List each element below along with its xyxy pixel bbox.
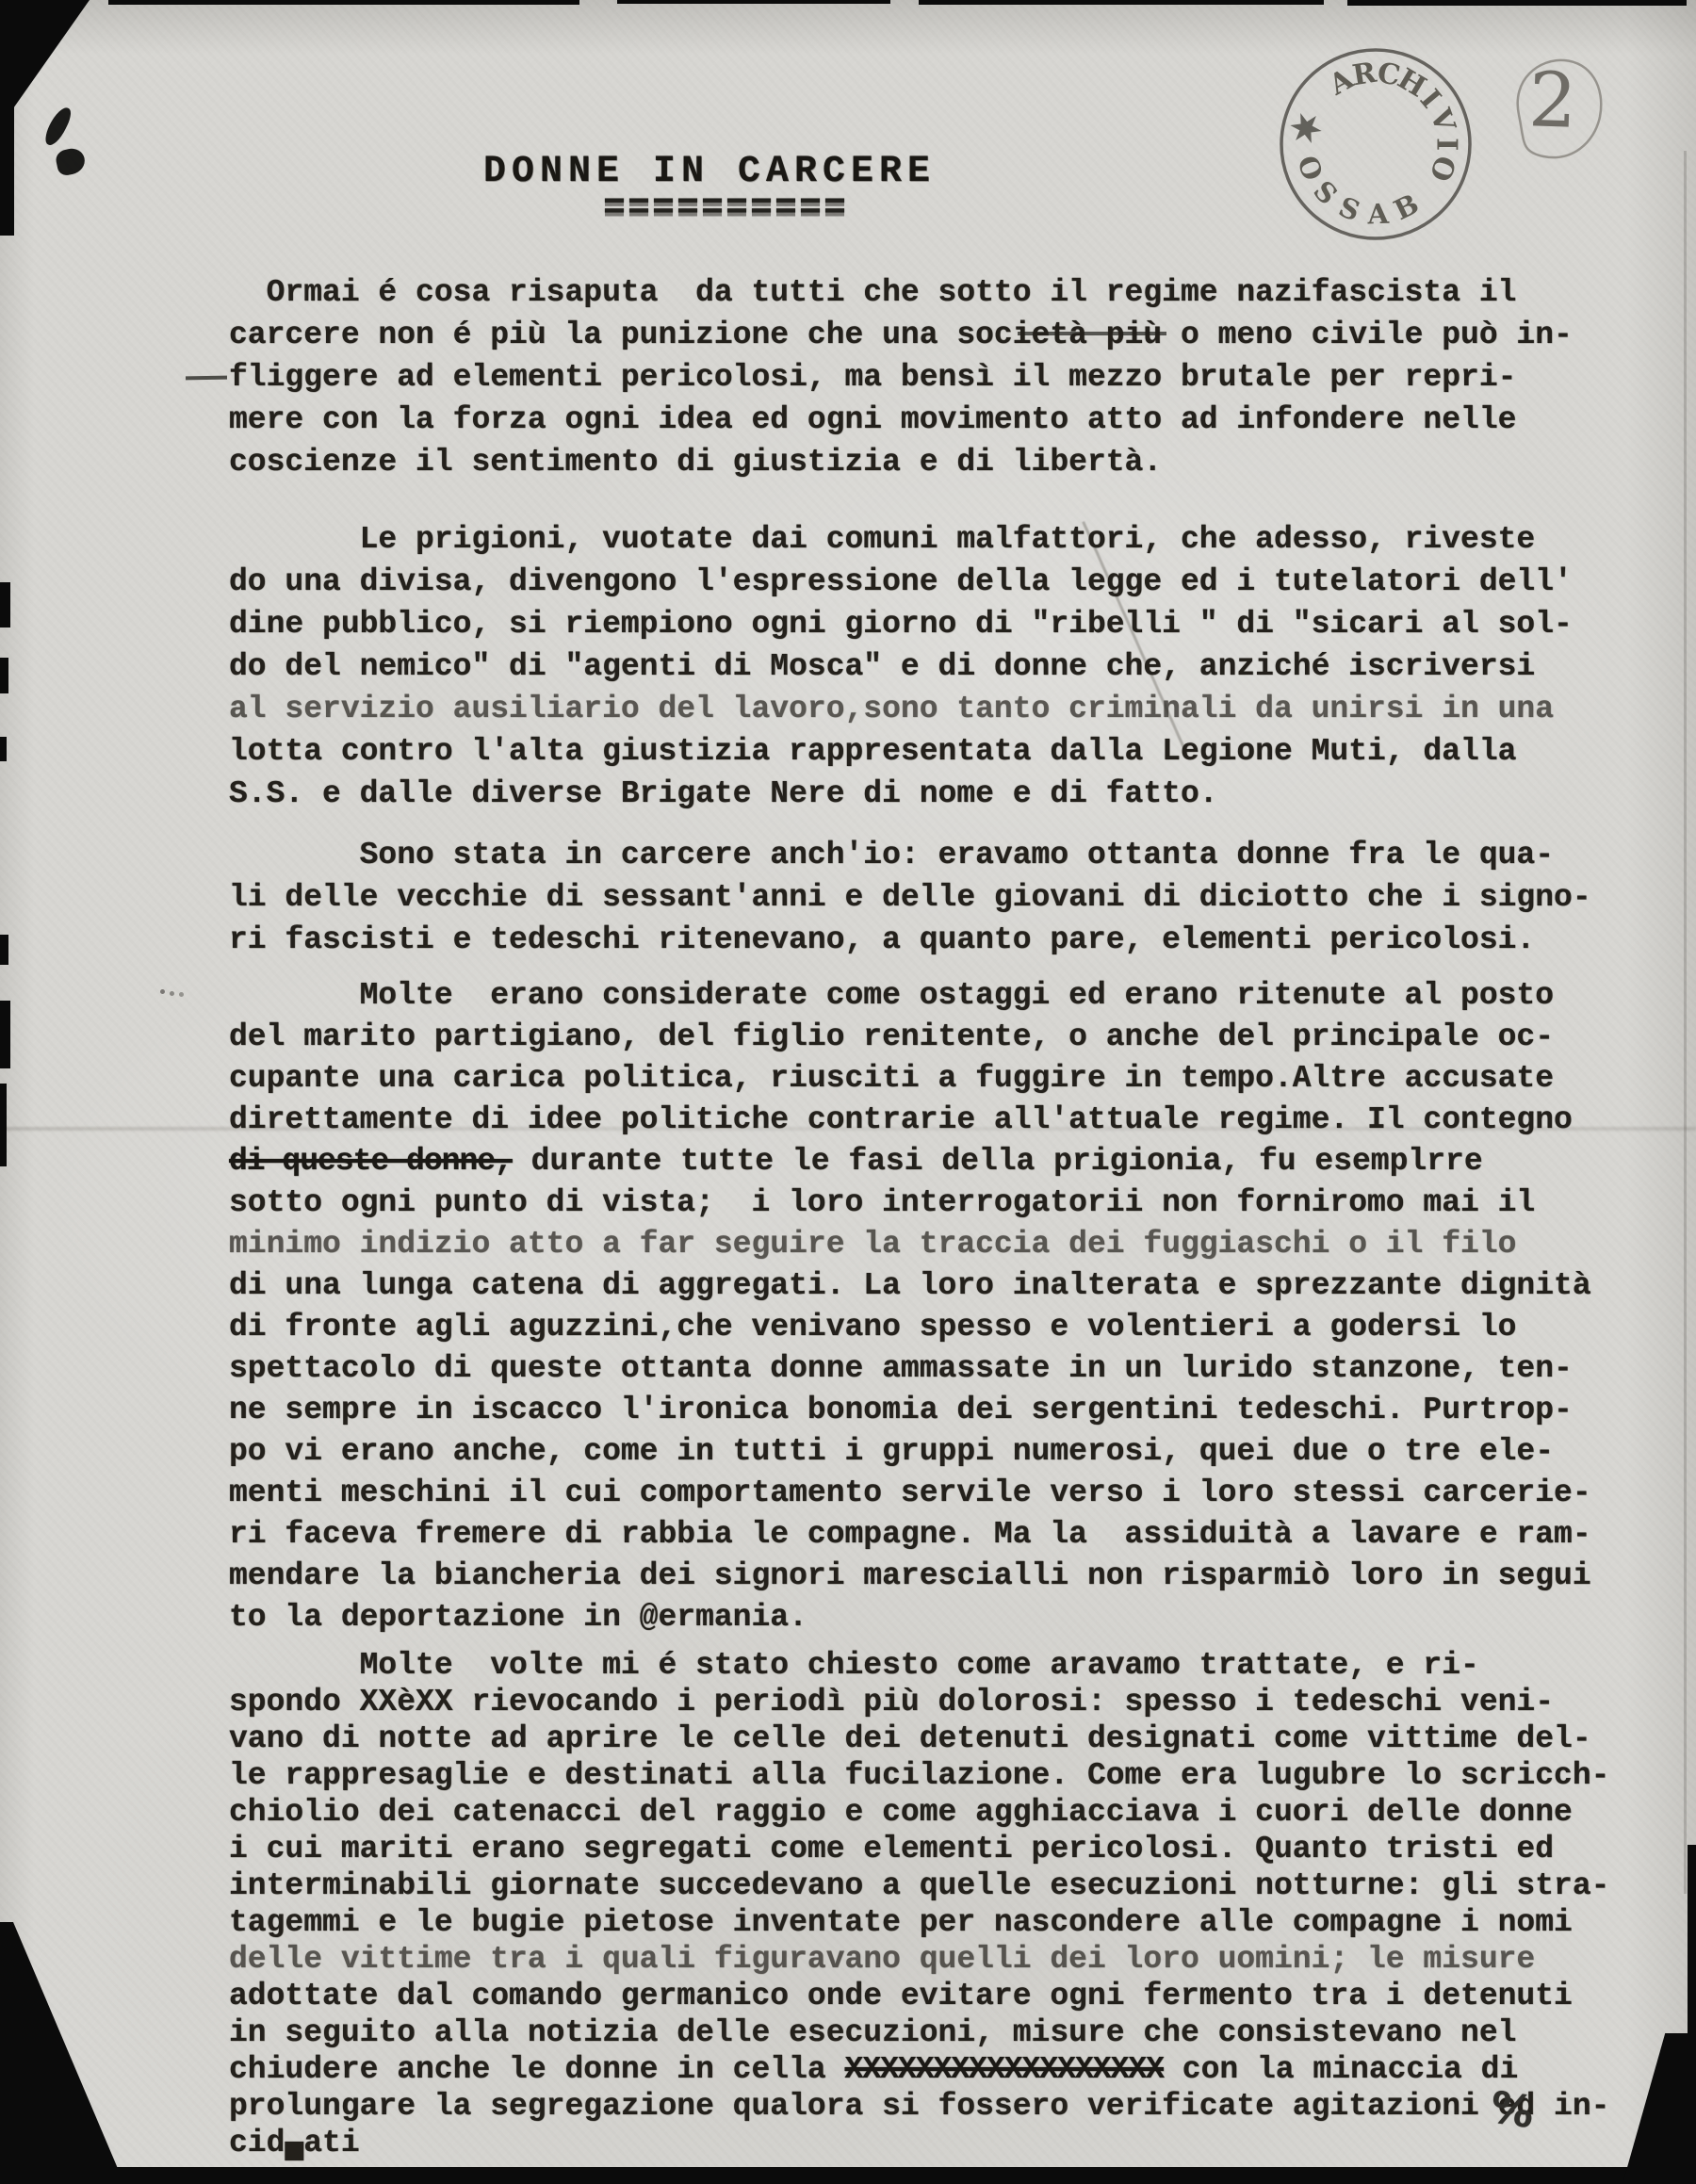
text-line: delle vittime tra i quali figuravano que… [229,1941,1609,1978]
scan-edge-artifact [0,737,7,761]
scan-edge-artifact [0,582,10,627]
scan-edge-artifact [108,0,579,5]
text-line: cid▄ati [229,2125,1609,2161]
text-line: mendare la biancheria dei signori maresc… [229,1556,1591,1597]
scanned-document-page: ARCHIVIOBASSO 2 DONNE IN CARCERE =======… [0,0,1696,2184]
handwritten-page-number: 2 [1487,47,1619,171]
scan-edge-artifact [919,0,1324,5]
text-line: interminabili giornate succedevano a que… [229,1867,1609,1904]
stamp-letter: A [1366,198,1390,231]
ink-blot-stroke [41,105,74,149]
text-line: le rappresaglie e destinati alla fucilaz… [229,1757,1609,1794]
struck-text: XXXXXXXXXXXXXXXXXX [845,2052,1164,2087]
scan-edge-artifact [0,2167,1696,2184]
text-line: spettacolo di queste ottanta donne ammas… [229,1348,1591,1390]
stamp-letter: S [1334,190,1364,227]
stray-dots-mark [160,989,165,994]
text-line: li delle vecchie di sessant'anni e delle… [229,876,1591,919]
paper-right-edge [1684,151,1687,1894]
text-line: dine pubblico, si riempiono ogni giorno … [229,603,1573,645]
text-line: al servizio ausiliario del lavoro,sono t… [229,688,1573,730]
paragraph-4: Molte erano considerate come ostaggi ed … [229,975,1591,1638]
paragraph-3: Sono stata in carcere anch'io: eravamo o… [229,834,1591,961]
scan-edge-artifact [0,1084,7,1166]
text-line: ri faceva fremere di rabbia le compagne.… [229,1514,1591,1556]
stamp-letter: B [1389,187,1424,226]
stamp-letter: O [1423,151,1462,186]
text-line: chiudere anche le donne in cella XXXXXXX… [229,2051,1609,2088]
scan-edge-artifact [0,935,8,965]
scan-edge-artifact [0,658,8,693]
text-line: S.S. e dalle diverse Brigate Nere di nom… [229,773,1573,815]
handwritten-percent-mark: % [1487,2081,1538,2139]
text-line: di queste donne, durante tutte le fasi d… [229,1141,1591,1182]
text-line: di fronte agli aguzzini,che venivano spe… [229,1307,1591,1348]
text-line: in seguito alla notizia delle esecuzioni… [229,2014,1609,2051]
text-line: ne sempre in iscacco l'ironica bonomia d… [229,1390,1591,1431]
text-segment: chiudere anche le donne in cella [229,2052,845,2087]
text-line: vano di notte ad aprire le celle dei det… [229,1720,1609,1757]
scan-edge-artifact [1347,0,1687,6]
scan-edge-artifact [0,1001,10,1068]
scan-edge-artifact [1623,2033,1696,2184]
text-line: coscienze il sentimento di giustizia e d… [229,441,1573,483]
text-line: do una divisa, divengono l'espressione d… [229,561,1573,603]
text-line: Le prigioni, vuotate dai comuni malfatto… [229,518,1573,561]
text-line: adottate dal comando germanico onde evit… [229,1978,1609,2014]
text-line: do del nemico" di "agenti di Mosca" e di… [229,645,1573,688]
paragraph-2: Le prigioni, vuotate dai comuni malfatto… [229,518,1573,815]
ink-blot-mark [41,106,92,188]
text-line: to la deportazione in @ermania. [229,1597,1591,1638]
text-line: Molte volte mi é stato chiesto come arav… [229,1647,1609,1684]
scan-edge-artifact [0,0,14,236]
text-line: carcere non é più la punizione che una s… [229,314,1573,356]
text-line: menti meschini il cui comportamento serv… [229,1473,1591,1514]
star-icon [1290,113,1321,143]
scan-edge-artifact [0,1922,124,2184]
paragraph-1: Ormai é cosa risaputa da tutti che sotto… [229,271,1573,483]
text-line: prolungare la segregazione qualora si fo… [229,2088,1609,2125]
text-line: Sono stata in carcere anch'io: eravamo o… [229,834,1591,876]
text-line: fliggere ad elementi pericolosi, ma bens… [229,356,1573,399]
scan-edge-artifact [617,0,890,4]
title-underline: ========== [603,187,848,230]
stamp-letter: S [1307,174,1344,211]
stray-underline-mark [186,376,227,381]
page-number-value: 2 [1485,55,1620,147]
scan-edge-artifact [1688,1845,1696,2043]
text-line: chiolio dei catenacci del raggio e come … [229,1794,1609,1831]
text-line: sotto ogni punto di vista; i loro interr… [229,1182,1591,1224]
text-line: cupante una carica politica, riusciti a … [229,1058,1591,1100]
text-line: minimo indizio atto a far seguire la tra… [229,1224,1591,1265]
text-line: tagemmi e le bugie pietose inventate per… [229,1904,1609,1941]
text-line: mere con la forza ogni idea ed ogni movi… [229,399,1573,441]
ink-blot-stroke [55,146,88,177]
text-line: ri fascisti e tedeschi ritenevano, a qua… [229,919,1591,961]
archive-stamp: ARCHIVIOBASSO [1253,22,1508,276]
text-line: Ormai é cosa risaputa da tutti che sotto… [229,271,1573,314]
text-segment: con la minaccia di [1164,2052,1518,2087]
text-line: spondo XXèXX rievocando i periodì più do… [229,1684,1609,1720]
text-line: direttamente di idee politiche contrarie… [229,1100,1591,1141]
text-line: lotta contro l'alta giustizia rappresent… [229,730,1573,773]
text-segment: durante tutte le fasi della prigionia, f… [513,1144,1483,1179]
stamp-letter: I [1429,138,1462,151]
paragraph-5: Molte volte mi é stato chiesto come arav… [229,1647,1609,2161]
text-line: di una lunga catena di aggregati. La lor… [229,1265,1591,1307]
text-line: i cui mariti erano segregati come elemen… [229,1831,1609,1867]
text-line: po vi erano anche, come in tutti i grupp… [229,1431,1591,1473]
struck-text: di queste donne, [229,1144,513,1179]
text-line: Molte erano considerate come ostaggi ed … [229,975,1591,1017]
text-line: del marito partigiano, del figlio renite… [229,1017,1591,1058]
